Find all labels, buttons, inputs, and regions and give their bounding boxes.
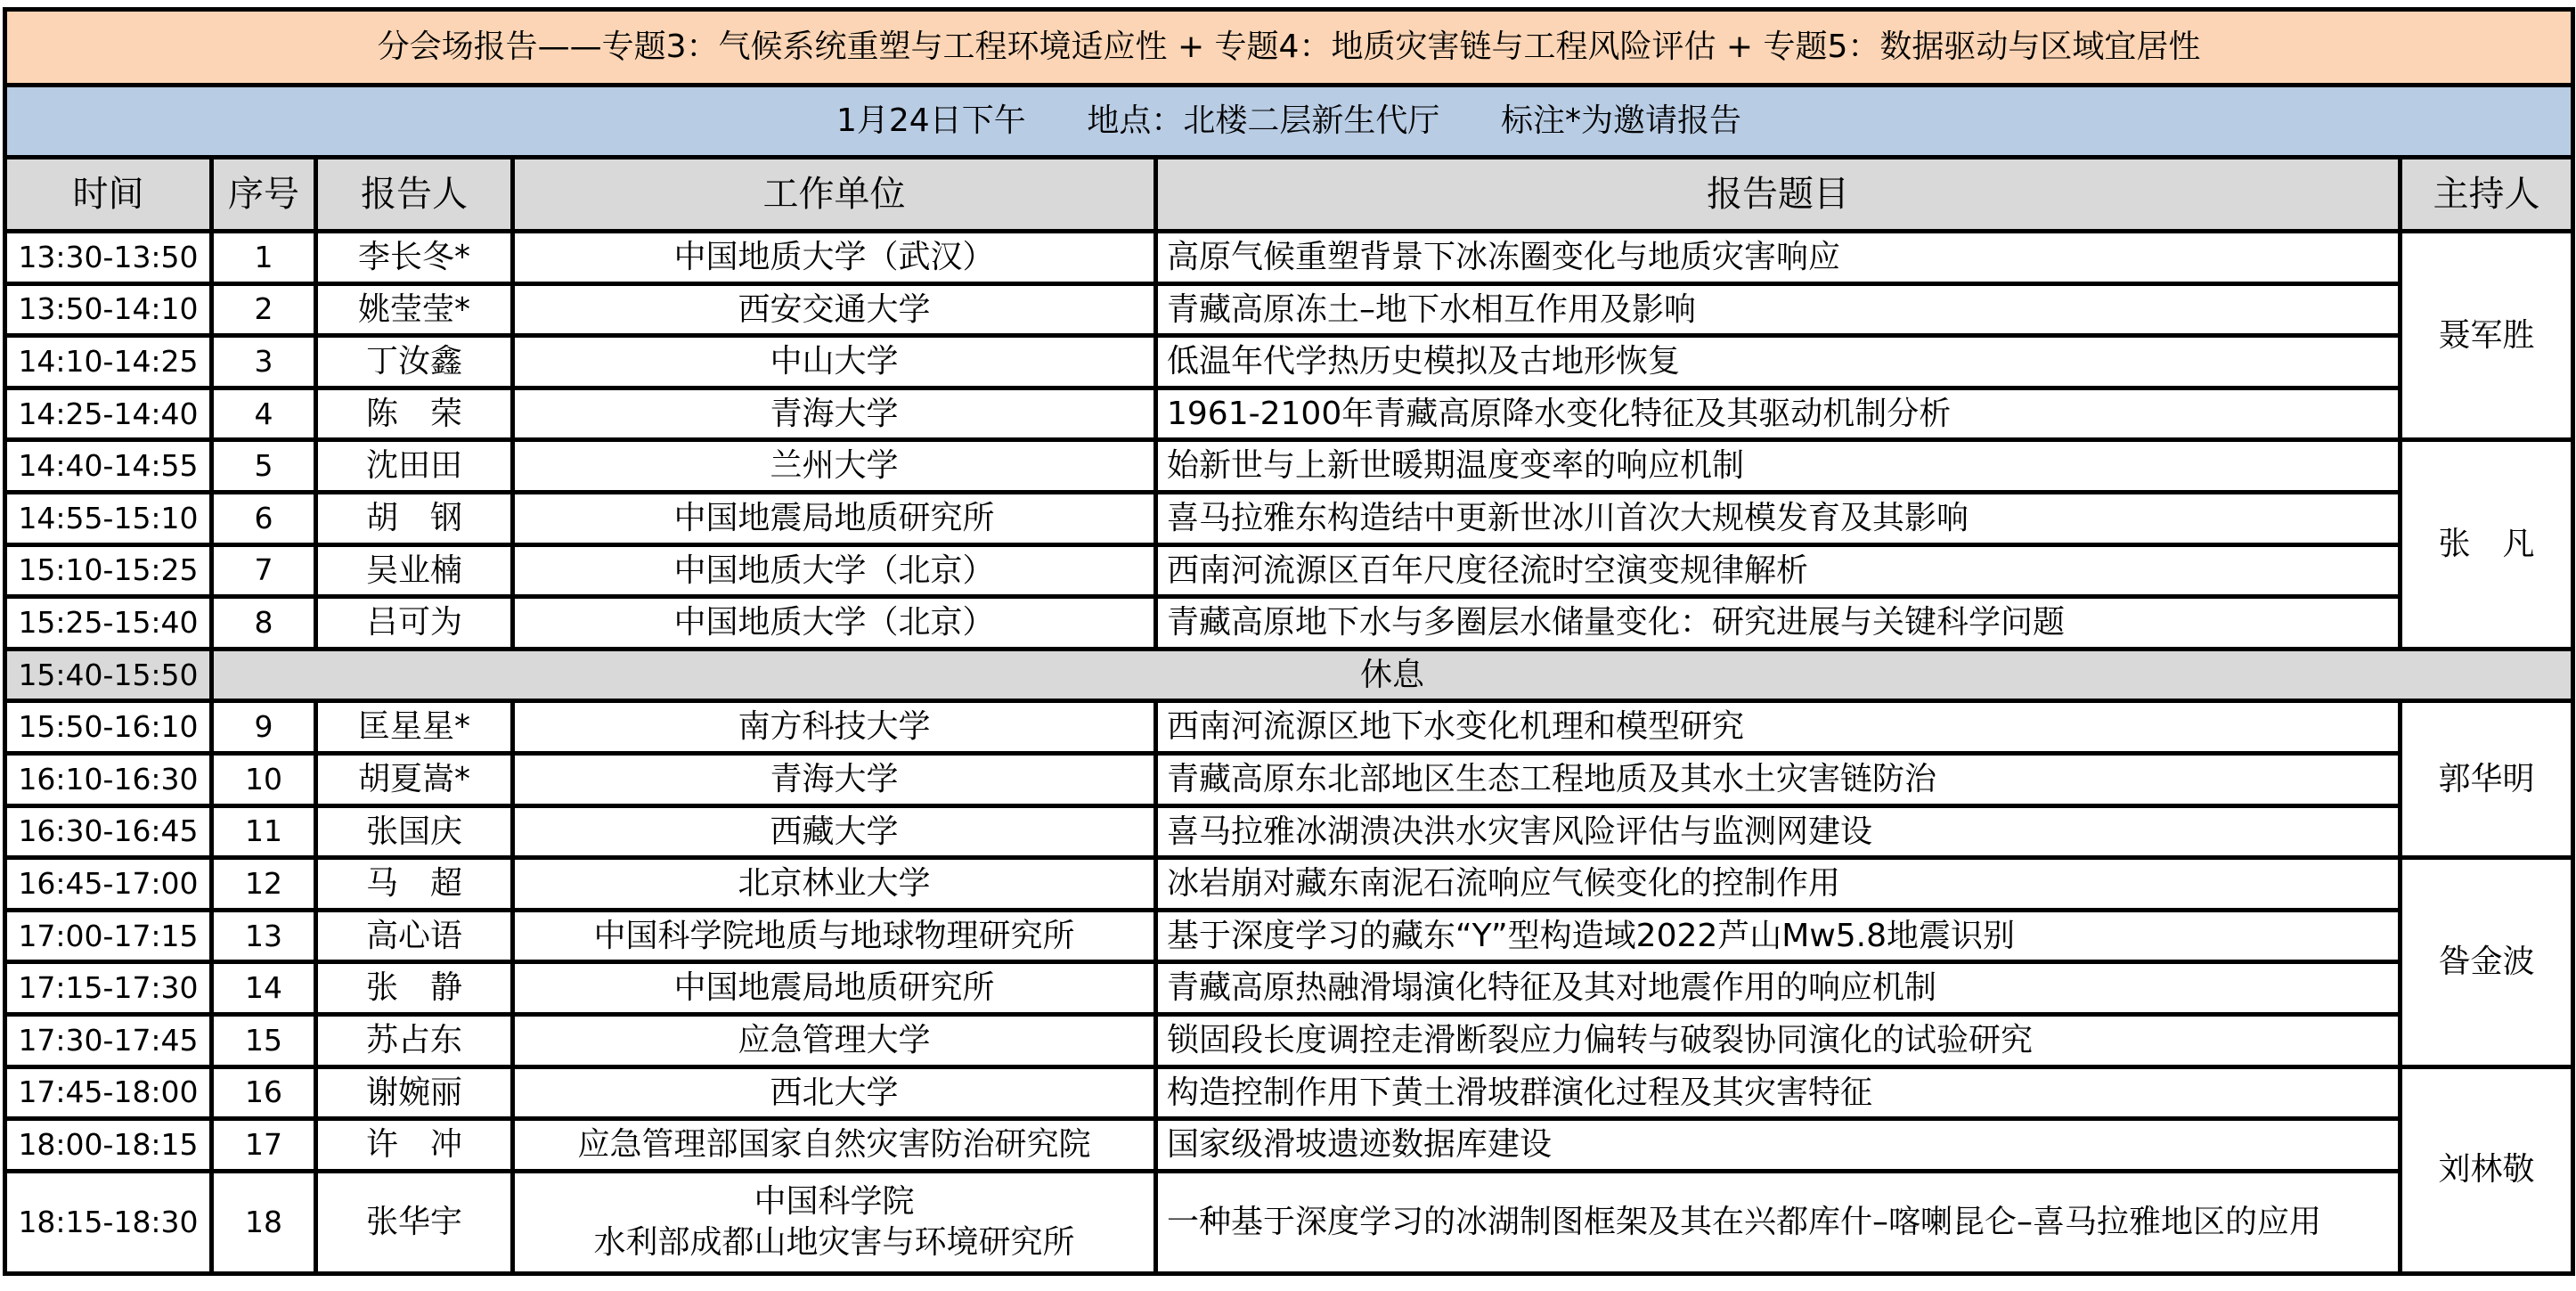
cell-seq: 5 <box>212 440 316 493</box>
table-row: 18:00-18:15 17 许 冲 应急管理部国家自然灾害防治研究院 国家级滑… <box>5 1119 2573 1172</box>
unit-line-2: 水利部成都山地灾害与环境研究所 <box>515 1222 1153 1263</box>
cell-speaker: 吴业楠 <box>316 544 513 597</box>
cell-speaker: 陈 荣 <box>316 388 513 440</box>
cell-time: 14:10-14:25 <box>5 336 212 388</box>
cell-unit: 兰州大学 <box>513 440 1156 493</box>
cell-time: 16:30-16:45 <box>5 805 212 858</box>
cell-time: 14:40-14:55 <box>5 440 212 493</box>
cell-speaker: 胡 钢 <box>316 492 513 544</box>
cell-title: 锁固段长度调控走滑断裂应力偏转与破裂协同演化的试验研究 <box>1156 1014 2401 1066</box>
unit-line-1: 中国科学院 <box>515 1181 1153 1222</box>
cell-seq: 12 <box>212 858 316 911</box>
break-row: 15:40-15:50 休息 <box>5 649 2573 701</box>
cell-unit: 中国地质大学（北京） <box>513 544 1156 597</box>
table-row: 17:15-17:30 14 张 静 中国地震局地质研究所 青藏高原热融滑塌演化… <box>5 962 2573 1015</box>
table-row: 13:50-14:10 2 姚莹莹* 西安交通大学 青藏高原冻土–地下水相互作用… <box>5 283 2573 336</box>
col-header-time: 时间 <box>5 158 212 232</box>
cell-speaker: 高心语 <box>316 910 513 962</box>
cell-speaker: 丁汝鑫 <box>316 336 513 388</box>
cell-time: 17:00-17:15 <box>5 910 212 962</box>
cell-host: 郭华明 <box>2401 701 2573 858</box>
cell-title: 低温年代学热历史模拟及古地形恢复 <box>1156 336 2401 388</box>
cell-unit: 中国科学院 水利部成都山地灾害与环境研究所 <box>513 1171 1156 1273</box>
cell-unit: 西安交通大学 <box>513 283 1156 336</box>
table-row: 16:30-16:45 11 张国庆 西藏大学 喜马拉雅冰湖溃决洪水灾害风险评估… <box>5 805 2573 858</box>
cell-title: 构造控制作用下黄土滑坡群演化过程及其灾害特征 <box>1156 1066 2401 1119</box>
cell-speaker: 张 静 <box>316 962 513 1015</box>
cell-unit: 中国地震局地质研究所 <box>513 492 1156 544</box>
cell-unit: 应急管理大学 <box>513 1014 1156 1066</box>
cell-title: 青藏高原冻土–地下水相互作用及影响 <box>1156 283 2401 336</box>
table-row: 15:25-15:40 8 吕可为 中国地质大学（北京） 青藏高原地下水与多圈层… <box>5 597 2573 650</box>
cell-time: 17:15-17:30 <box>5 962 212 1015</box>
cell-seq: 15 <box>212 1014 316 1066</box>
cell-time: 16:45-17:00 <box>5 858 212 911</box>
cell-seq: 9 <box>212 701 316 754</box>
table-row: 17:30-17:45 15 苏占东 应急管理大学 锁固段长度调控走滑断裂应力偏… <box>5 1014 2573 1066</box>
table-row: 15:50-16:10 9 匡星星* 南方科技大学 西南河流源区地下水变化机理和… <box>5 701 2573 754</box>
cell-time: 16:10-16:30 <box>5 753 212 805</box>
cell-title: 西南河流源区百年尺度径流时空演变规律解析 <box>1156 544 2401 597</box>
cell-title: 一种基于深度学习的冰湖制图框架及其在兴都库什–喀喇昆仑–喜马拉雅地区的应用 <box>1156 1171 2401 1273</box>
cell-title: 青藏高原地下水与多圈层水储量变化：研究进展与关键科学问题 <box>1156 597 2401 650</box>
cell-time: 17:45-18:00 <box>5 1066 212 1119</box>
cell-speaker: 吕可为 <box>316 597 513 650</box>
cell-speaker: 李长冬* <box>316 232 513 284</box>
cell-speaker: 苏占东 <box>316 1014 513 1066</box>
col-header-title: 报告题目 <box>1156 158 2401 232</box>
cell-title: 冰岩崩对藏东南泥石流响应气候变化的控制作用 <box>1156 858 2401 911</box>
cell-time: 15:25-15:40 <box>5 597 212 650</box>
cell-speaker: 谢婉丽 <box>316 1066 513 1119</box>
cell-speaker: 胡夏嵩* <box>316 753 513 805</box>
cell-speaker: 许 冲 <box>316 1119 513 1172</box>
table-row: 14:25-14:40 4 陈 荣 青海大学 1961-2100年青藏高原降水变… <box>5 388 2573 440</box>
cell-seq: 13 <box>212 910 316 962</box>
table-row: 18:15-18:30 18 张华宇 中国科学院 水利部成都山地灾害与环境研究所… <box>5 1171 2573 1273</box>
cell-time: 15:10-15:25 <box>5 544 212 597</box>
cell-seq: 10 <box>212 753 316 805</box>
cell-unit: 西北大学 <box>513 1066 1156 1119</box>
cell-unit: 青海大学 <box>513 753 1156 805</box>
cell-unit: 中国地震局地质研究所 <box>513 962 1156 1015</box>
cell-title: 喜马拉雅冰湖溃决洪水灾害风险评估与监测网建设 <box>1156 805 2401 858</box>
cell-host: 昝金波 <box>2401 858 2573 1066</box>
col-header-speaker: 报告人 <box>316 158 513 232</box>
cell-speaker: 姚莹莹* <box>316 283 513 336</box>
column-header-row: 时间 序号 报告人 工作单位 报告题目 主持人 <box>5 158 2573 232</box>
session-info: 1月24日下午 地点：北楼二层新生代厅 标注*为邀请报告 <box>5 86 2573 158</box>
table-row: 13:30-13:50 1 李长冬* 中国地质大学（武汉） 高原气候重塑背景下冰… <box>5 232 2573 284</box>
table-row: 15:10-15:25 7 吴业楠 中国地质大学（北京） 西南河流源区百年尺度径… <box>5 544 2573 597</box>
cell-title: 青藏高原热融滑塌演化特征及其对地震作用的响应机制 <box>1156 962 2401 1015</box>
session-title: 分会场报告——专题3：气候系统重塑与工程环境适应性 + 专题4：地质灾害链与工程… <box>5 10 2573 86</box>
table-row: 17:45-18:00 16 谢婉丽 西北大学 构造控制作用下黄土滑坡群演化过程… <box>5 1066 2573 1119</box>
cell-unit: 应急管理部国家自然灾害防治研究院 <box>513 1119 1156 1172</box>
table-row: 14:40-14:55 5 沈田田 兰州大学 始新世与上新世暖期温度变率的响应机… <box>5 440 2573 493</box>
cell-unit: 南方科技大学 <box>513 701 1156 754</box>
cell-seq: 16 <box>212 1066 316 1119</box>
info-band: 1月24日下午 地点：北楼二层新生代厅 标注*为邀请报告 <box>5 86 2573 158</box>
break-label: 休息 <box>212 649 2573 701</box>
cell-unit: 中国科学院地质与地球物理研究所 <box>513 910 1156 962</box>
title-band: 分会场报告——专题3：气候系统重塑与工程环境适应性 + 专题4：地质灾害链与工程… <box>5 10 2573 86</box>
cell-title: 西南河流源区地下水变化机理和模型研究 <box>1156 701 2401 754</box>
cell-seq: 8 <box>212 597 316 650</box>
cell-speaker: 沈田田 <box>316 440 513 493</box>
cell-seq: 1 <box>212 232 316 284</box>
cell-unit: 青海大学 <box>513 388 1156 440</box>
cell-seq: 3 <box>212 336 316 388</box>
cell-time: 18:15-18:30 <box>5 1171 212 1273</box>
table-row: 14:55-15:10 6 胡 钢 中国地震局地质研究所 喜马拉雅东构造结中更新… <box>5 492 2573 544</box>
table-row: 16:10-16:30 10 胡夏嵩* 青海大学 青藏高原东北部地区生态工程地质… <box>5 753 2573 805</box>
cell-speaker: 张华宇 <box>316 1171 513 1273</box>
schedule-table: 分会场报告——专题3：气候系统重塑与工程环境适应性 + 专题4：地质灾害链与工程… <box>3 7 2575 1276</box>
table-row: 17:00-17:15 13 高心语 中国科学院地质与地球物理研究所 基于深度学… <box>5 910 2573 962</box>
cell-seq: 18 <box>212 1171 316 1273</box>
cell-seq: 14 <box>212 962 316 1015</box>
col-header-host: 主持人 <box>2401 158 2573 232</box>
cell-time: 17:30-17:45 <box>5 1014 212 1066</box>
cell-unit: 中国地质大学（武汉） <box>513 232 1156 284</box>
cell-speaker: 张国庆 <box>316 805 513 858</box>
cell-time: 15:40-15:50 <box>5 649 212 701</box>
cell-title: 基于深度学习的藏东“Y”型构造域2022芦山Mw5.8地震识别 <box>1156 910 2401 962</box>
cell-time: 13:30-13:50 <box>5 232 212 284</box>
cell-host: 聂军胜 <box>2401 232 2573 440</box>
cell-unit: 北京林业大学 <box>513 858 1156 911</box>
cell-seq: 11 <box>212 805 316 858</box>
cell-speaker: 匡星星* <box>316 701 513 754</box>
col-header-seq: 序号 <box>212 158 316 232</box>
cell-seq: 4 <box>212 388 316 440</box>
cell-time: 13:50-14:10 <box>5 283 212 336</box>
cell-title: 青藏高原东北部地区生态工程地质及其水土灾害链防治 <box>1156 753 2401 805</box>
cell-title: 1961-2100年青藏高原降水变化特征及其驱动机制分析 <box>1156 388 2401 440</box>
cell-speaker: 马 超 <box>316 858 513 911</box>
cell-seq: 17 <box>212 1119 316 1172</box>
cell-time: 14:25-14:40 <box>5 388 212 440</box>
table-row: 14:10-14:25 3 丁汝鑫 中山大学 低温年代学热历史模拟及古地形恢复 <box>5 336 2573 388</box>
cell-title: 高原气候重塑背景下冰冻圈变化与地质灾害响应 <box>1156 232 2401 284</box>
cell-title: 国家级滑坡遗迹数据库建设 <box>1156 1119 2401 1172</box>
cell-seq: 2 <box>212 283 316 336</box>
cell-unit: 中山大学 <box>513 336 1156 388</box>
cell-seq: 6 <box>212 492 316 544</box>
cell-time: 18:00-18:15 <box>5 1119 212 1172</box>
cell-host: 张 凡 <box>2401 440 2573 649</box>
cell-unit: 西藏大学 <box>513 805 1156 858</box>
cell-host: 刘林敬 <box>2401 1066 2573 1273</box>
cell-time: 15:50-16:10 <box>5 701 212 754</box>
cell-unit: 中国地质大学（北京） <box>513 597 1156 650</box>
cell-seq: 7 <box>212 544 316 597</box>
cell-time: 14:55-15:10 <box>5 492 212 544</box>
col-header-unit: 工作单位 <box>513 158 1156 232</box>
cell-title: 喜马拉雅东构造结中更新世冰川首次大规模发育及其影响 <box>1156 492 2401 544</box>
table-row: 16:45-17:00 12 马 超 北京林业大学 冰岩崩对藏东南泥石流响应气候… <box>5 858 2573 911</box>
cell-title: 始新世与上新世暖期温度变率的响应机制 <box>1156 440 2401 493</box>
